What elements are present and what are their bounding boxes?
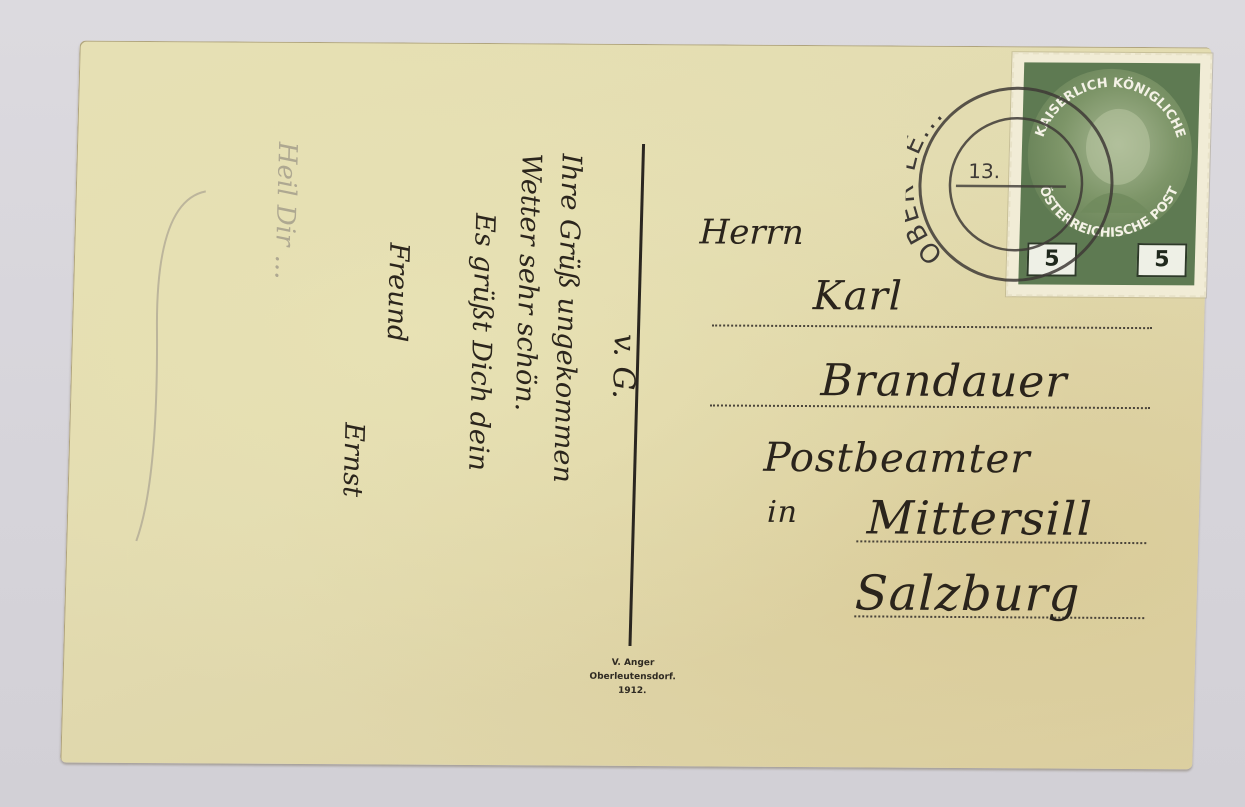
pencil-note: Heil Dir ... bbox=[268, 142, 302, 280]
address-town: Mittersill bbox=[866, 490, 1093, 545]
postmark-icon: OBER LE... 13. bbox=[903, 74, 1119, 285]
message-line-1: Ihre Grüß ungekommen bbox=[547, 153, 587, 482]
svg-text:OBER LE...: OBER LE... bbox=[903, 99, 953, 270]
address-line-1 bbox=[712, 324, 1152, 329]
address-salutation: Herrn bbox=[699, 212, 804, 253]
stamp-value-right: 5 bbox=[1136, 243, 1187, 277]
publisher-imprint: V. Anger Oberleutensdorf. 1912. bbox=[557, 656, 708, 699]
postcard-back: KAISERLICH KÖNIGLICHE ÖSTERREICHISCHE PO… bbox=[60, 41, 1211, 770]
message-line-4: Freund bbox=[381, 242, 415, 342]
publisher-year: 1912. bbox=[557, 684, 707, 699]
address-region: Salzburg bbox=[854, 565, 1081, 622]
publisher-place: Oberleutensdorf. bbox=[557, 670, 707, 685]
pencil-stroke-icon bbox=[126, 181, 216, 561]
message-signature: Ernst bbox=[337, 422, 370, 497]
address-occupation: Postbeamter bbox=[763, 435, 1031, 483]
address-in: in bbox=[767, 495, 799, 530]
svg-text:13.: 13. bbox=[968, 159, 1000, 183]
address-name-first: Karl bbox=[812, 273, 903, 320]
publisher-name: V. Anger bbox=[558, 656, 708, 671]
message-initials: v. G. bbox=[605, 334, 642, 399]
address-name-last: Brandauer bbox=[820, 355, 1068, 408]
message-line-2: Wetter sehr schön. bbox=[509, 153, 547, 411]
message-line-3: Es grüßt Dich dein bbox=[462, 213, 500, 471]
